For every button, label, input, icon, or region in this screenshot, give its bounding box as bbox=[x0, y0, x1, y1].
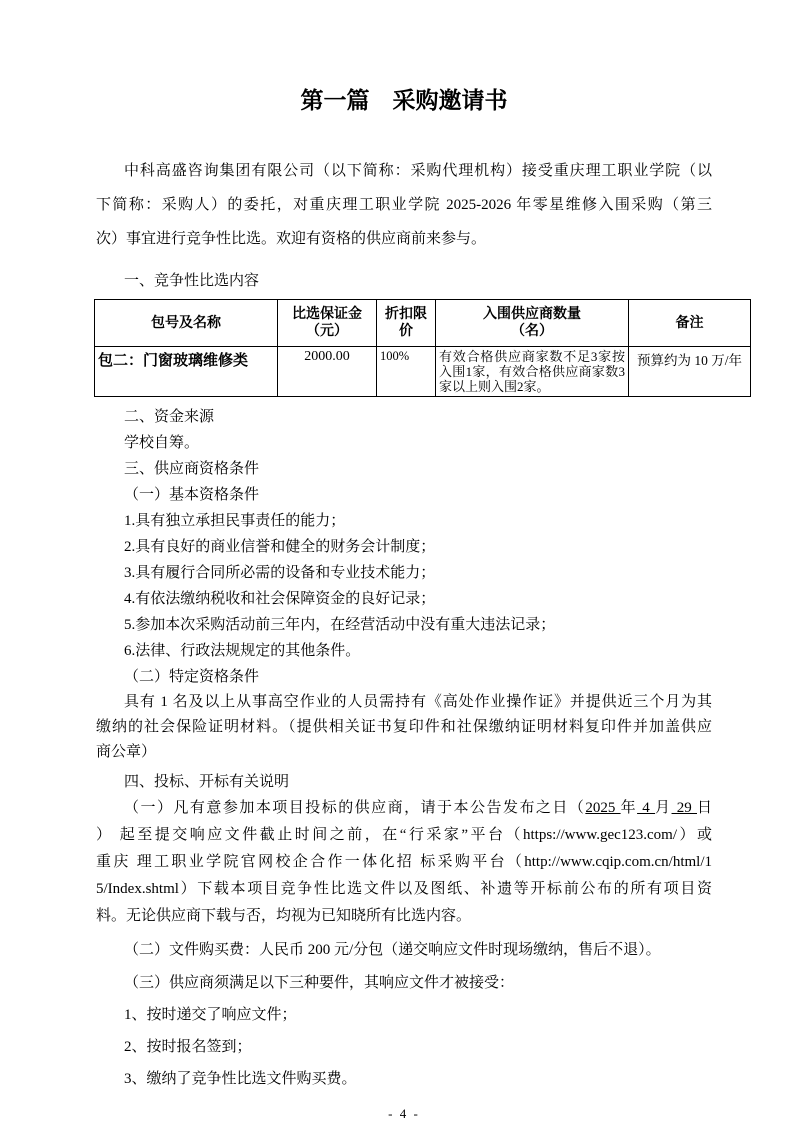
table-header-row: 包号及名称 比选保证金 （元） 折扣限价 入围供应商数量 （名） 备注 bbox=[95, 300, 751, 347]
download-notice-paragraph: （一）凡有意参加本项目投标的供应商，请于本公告发布之日（2025 年 4 月 2… bbox=[96, 795, 712, 930]
date-line-prefix: （一）凡有意参加本项目投标的供应商，请于本公告发布之日（ bbox=[124, 800, 585, 816]
notice-date-month: 4 bbox=[637, 800, 655, 816]
text-line: 下简称：采购人）的委托，对重庆理工职业学院 2025-2026 年零星维修入围采… bbox=[96, 188, 712, 222]
intro-paragraph: 中科高盛咨询集团有限公司（以下简称：采购代理机构）接受重庆理工职业学院（以下简称… bbox=[96, 154, 712, 256]
bid-content-table: 包号及名称 比选保证金 （元） 折扣限价 入围供应商数量 （名） 备注 包二：门… bbox=[94, 299, 751, 397]
table-row: 包二：门窗玻璃维修类 2000.00 100% 有效合格供应商家数不足3家按入围… bbox=[95, 347, 751, 397]
document-title: 第一篇 采购邀请书 bbox=[96, 86, 712, 116]
day-label: 日 bbox=[697, 800, 712, 816]
header-remarks: 备注 bbox=[629, 300, 751, 347]
section-2-heading: 二、资金来源 bbox=[96, 404, 712, 430]
year-label: 年 bbox=[621, 800, 637, 816]
text-line: 商公章） bbox=[96, 740, 712, 765]
cell-deposit: 2000.00 bbox=[278, 347, 377, 397]
text-line: 重庆 理工职业学院官网校企合作一体化招 标采购平台（http://www.cqi… bbox=[96, 849, 712, 876]
header-deposit: 比选保证金 （元） bbox=[278, 300, 377, 347]
text-line: 料。无论供应商下载与否，均视为已知晓所有比选内容。 bbox=[96, 903, 712, 930]
text-line: 具有 1 名及以上从事高空作业的人员需持有《高处作业操作证》并提供近三个月为其 bbox=[96, 690, 712, 715]
basic-qualification-item: 5.参加本次采购活动前三年内，在经营活动中没有重大违法记录； bbox=[96, 612, 712, 638]
header-shortlist-count: 入围供应商数量 （名） bbox=[436, 300, 629, 347]
cell-package-name: 包二：门窗玻璃维修类 bbox=[95, 347, 278, 397]
header-package-name: 包号及名称 bbox=[95, 300, 278, 347]
bid-notice-date-line: （一）凡有意参加本项目投标的供应商，请于本公告发布之日（2025 年 4 月 2… bbox=[96, 795, 712, 822]
document-fee-paragraph: （二）文件购买费：人民币 200 元/分包（递交响应文件时现场缴纳，售后不退）。 bbox=[96, 937, 712, 963]
basic-qualification-item: 1.具有独立承担民事责任的能力； bbox=[96, 508, 712, 534]
month-label: 月 bbox=[655, 800, 671, 816]
basic-qualification-item: 3.具有履行合同所必需的设备和专业技术能力； bbox=[96, 560, 712, 586]
section-3-sub2-heading: （二）特定资格条件 bbox=[96, 664, 712, 690]
cell-remarks: 预算约为 10 万/年 bbox=[629, 347, 751, 397]
section-4-heading: 四、投标、开标有关说明 bbox=[96, 769, 712, 795]
basic-qualification-item: 6.法律、行政法规规定的其他条件。 bbox=[96, 638, 712, 664]
basic-qualification-item: 2.具有良好的商业信誉和健全的财务会计制度； bbox=[96, 534, 712, 560]
header-discount-limit: 折扣限价 bbox=[377, 300, 436, 347]
funding-source-text: 学校自筹。 bbox=[96, 430, 712, 456]
acceptance-condition-item: 1、按时递交了响应文件； bbox=[96, 1002, 712, 1028]
text-line: 次）事宜进行竞争性比选。欢迎有资格的供应商前来参与。 bbox=[96, 222, 712, 256]
acceptance-condition-item: 2、按时报名签到； bbox=[96, 1034, 712, 1060]
basic-qualification-item: 4.有依法缴纳税收和社会保障资金的良好记录； bbox=[96, 586, 712, 612]
notice-date-year: 2025 bbox=[585, 800, 620, 816]
section-1-heading: 一、竞争性比选内容 bbox=[96, 268, 712, 294]
special-qualification-paragraph: 具有 1 名及以上从事高空作业的人员需持有《高处作业操作证》并提供近三个月为其缴… bbox=[96, 690, 712, 765]
notice-date-day: 29 bbox=[672, 800, 697, 816]
text-line: 缴纳的社会保险证明材料。（提供相关证书复印件和社保缴纳证明材料复印件并加盖供应 bbox=[96, 715, 712, 740]
text-line: ） 起至提交响应文件截止时间之前，在“行采家”平台（https://www.ge… bbox=[96, 822, 712, 849]
section-3-sub1-heading: （一）基本资格条件 bbox=[96, 482, 712, 508]
document-content: 第一篇 采购邀请书 中科高盛咨询集团有限公司（以下简称：采购代理机构）接受重庆理… bbox=[0, 0, 793, 1122]
document-page: 第一篇 采购邀请书 中科高盛咨询集团有限公司（以下简称：采购代理机构）接受重庆理… bbox=[0, 0, 793, 1122]
text-line: 5/Index.shtml）下载本项目竞争性比选文件以及图纸、补遗等开标前公布的… bbox=[96, 876, 712, 903]
cell-shortlist-count: 有效合格供应商家数不足3家按入围1家，有效合格供应商家数3家以上则入围2家。 bbox=[436, 347, 629, 397]
text-line: 中科高盛咨询集团有限公司（以下简称：采购代理机构）接受重庆理工职业学院（以 bbox=[96, 154, 712, 188]
section-3-heading: 三、供应商资格条件 bbox=[96, 456, 712, 482]
acceptance-condition-item: 3、缴纳了竞争性比选文件购买费。 bbox=[96, 1066, 712, 1092]
acceptance-conditions-intro: （三）供应商须满足以下三种要件，其响应文件才被接受： bbox=[96, 970, 712, 996]
page-number: - 4 - bbox=[96, 1106, 712, 1122]
cell-discount-limit: 100% bbox=[377, 347, 436, 397]
download-notice-rest: ） 起至提交响应文件截止时间之前，在“行采家”平台（https://www.ge… bbox=[96, 822, 712, 930]
